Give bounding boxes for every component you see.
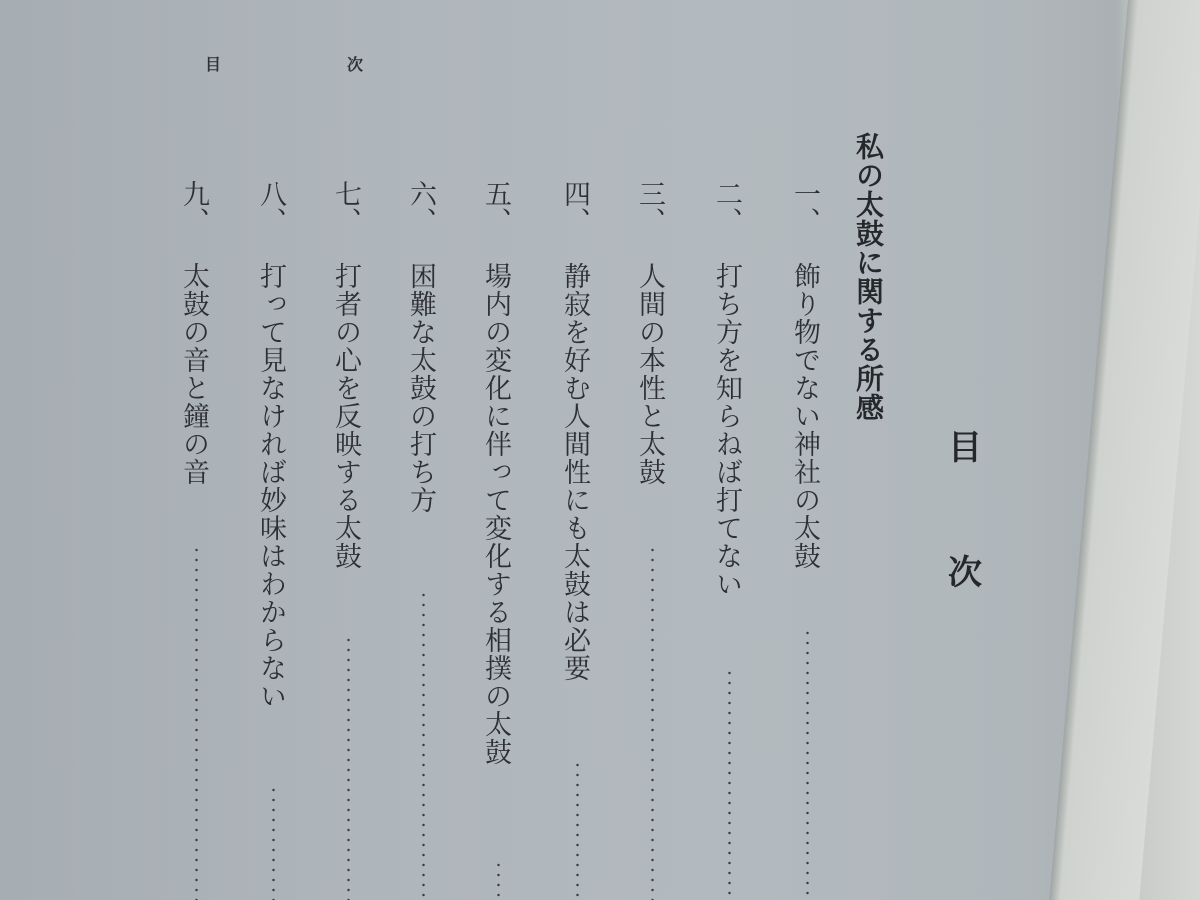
running-head-right: 次 bbox=[347, 52, 363, 75]
toc-title-char-1: 目 bbox=[948, 420, 982, 469]
dot-leader bbox=[422, 590, 425, 900]
entry-number: 五、 bbox=[476, 180, 515, 234]
entry-number: 四、 bbox=[555, 180, 594, 234]
entry-title: 困難な太鼓の打ち方 bbox=[401, 262, 440, 514]
dot-leader bbox=[272, 785, 275, 900]
entry-title: 人間の本性と太鼓 bbox=[630, 262, 669, 486]
entry-title: 打ち方を知らねば打てない bbox=[707, 262, 746, 598]
entry-title: 場内の変化に伴って変化する相撲の太鼓 bbox=[476, 262, 515, 766]
entry-number: 八、 bbox=[251, 180, 290, 234]
entry-title: 打者の心を反映する太鼓 bbox=[326, 262, 365, 570]
entry-title: 太鼓の音と鐘の音 bbox=[174, 262, 213, 486]
entry-title: 静寂を好む人間性にも太鼓は必要 bbox=[555, 262, 594, 682]
dot-leader bbox=[728, 668, 731, 900]
entry-number: 一、 bbox=[785, 180, 824, 234]
entry-title: 飾り物でない神社の太鼓 bbox=[785, 262, 824, 570]
adjacent-page-edge bbox=[1049, 0, 1200, 900]
entry-title: 打って見なければ妙味はわからない bbox=[251, 262, 290, 710]
entry-number: 二、 bbox=[707, 180, 746, 234]
dot-leader bbox=[497, 860, 500, 900]
entry-number: 三、 bbox=[630, 180, 669, 234]
dot-leader bbox=[806, 628, 809, 900]
dot-leader bbox=[195, 545, 198, 900]
entry-number: 九、 bbox=[174, 180, 213, 234]
dot-leader bbox=[651, 545, 654, 900]
toc-title-char-2: 次 bbox=[948, 545, 982, 594]
dot-leader bbox=[576, 760, 579, 900]
running-head-left: 目 bbox=[205, 52, 221, 75]
entry-number: 六、 bbox=[401, 180, 440, 234]
entry-number: 七、 bbox=[326, 180, 365, 234]
dot-leader bbox=[347, 635, 350, 900]
section-title: 私の太鼓に関する所感 bbox=[848, 132, 888, 422]
